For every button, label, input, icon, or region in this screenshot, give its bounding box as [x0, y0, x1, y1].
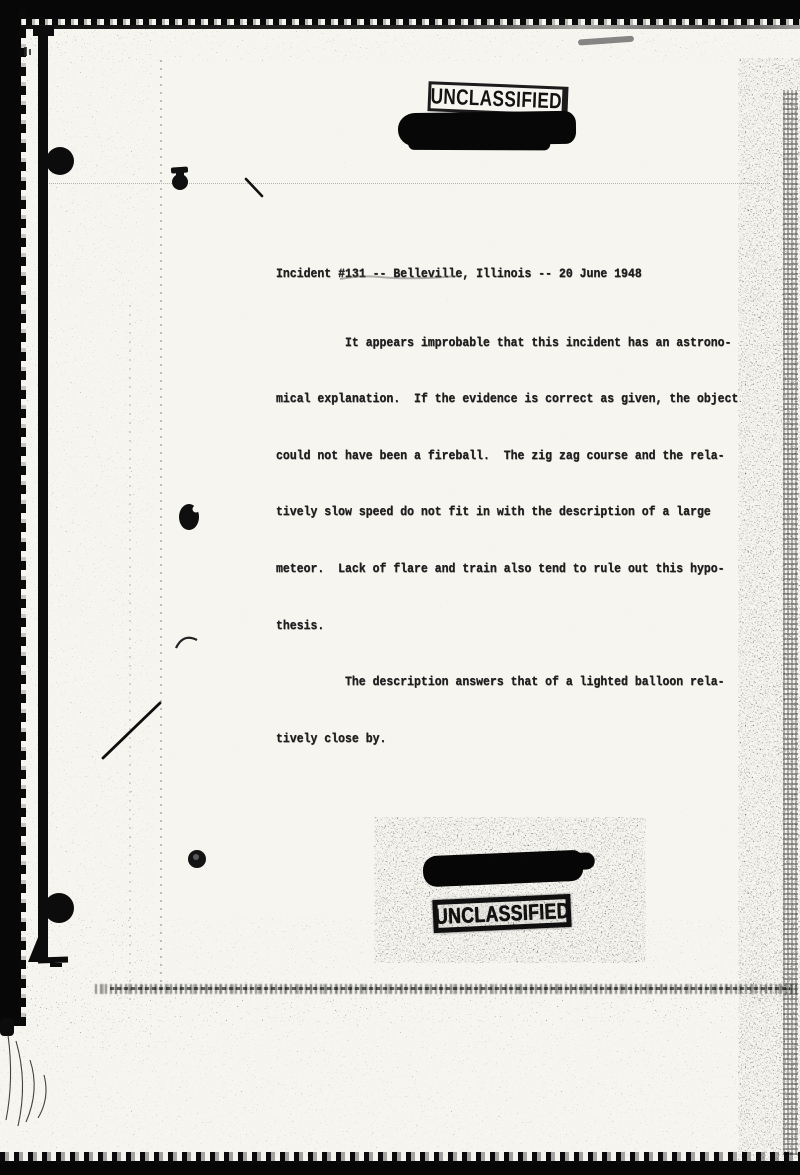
scan-edge-right-speckle: [783, 90, 798, 1155]
body-line: meteor. Lack of flare and train also ten…: [276, 555, 736, 584]
redaction-bar-bottom: [422, 850, 583, 888]
unclassified-stamp-top-text: UNCLASSIFIED: [430, 83, 562, 114]
corner-scratch-marks: [6, 1035, 46, 1126]
redaction-bar-top: [398, 111, 576, 146]
scan-edge-left-ragged: [19, 0, 26, 1026]
ink-dot-mark: [188, 850, 206, 868]
document-body: Incident #131 -- Belleville, Illinois --…: [276, 232, 776, 781]
pencil-hook-mark: [176, 638, 197, 648]
horizontal-rule-line: [14, 25, 800, 29]
body-line: could not have been a fireball. The zig …: [276, 442, 736, 471]
fold-crease-line-faint: [129, 300, 131, 1000]
scan-edge-left: [0, 0, 21, 1026]
body-line: It appears improbable that this incident…: [276, 329, 736, 358]
redaction-bar-top-blob: [408, 138, 550, 150]
unclassified-stamp-bottom-text: UNCLASSIFIED: [434, 897, 570, 929]
faint-dotted-line: [46, 183, 770, 184]
pen-line-mark: [103, 703, 160, 758]
body-line: mical explanation. If the evidence is co…: [276, 385, 736, 414]
fold-crease-line: [160, 55, 162, 990]
binding-wedge-mark: [28, 930, 44, 962]
fastener-pin-mark: [171, 166, 188, 190]
binding-bar-tick: [50, 963, 62, 967]
binding-bar: [38, 28, 48, 962]
redaction-bar-bottom-blob: [566, 852, 595, 870]
body-line: The description answers that of a lighte…: [276, 668, 736, 697]
ink-blob-mark: [179, 504, 200, 530]
scan-edge-bottom: [0, 1161, 800, 1175]
hole-punch-top: [46, 147, 74, 175]
hole-punch-bottom: [44, 893, 74, 923]
body-line: tively slow speed do not fit in with the…: [276, 498, 736, 527]
document-title: Incident #131 -- Belleville, Illinois --…: [276, 260, 736, 289]
body-line: tively close by.: [276, 725, 736, 754]
scanned-document-page: UNCLASSIFIED Incident #131 -- Belleville…: [0, 0, 800, 1175]
scan-streak-band-core: [110, 987, 790, 990]
scan-edge-bottom-ragged: [0, 1152, 800, 1163]
unclassified-stamp-bottom: UNCLASSIFIED: [432, 894, 571, 933]
binding-bar-crossbar: [38, 956, 68, 963]
top-streak-mark: [578, 36, 634, 46]
body-line: thesis.: [276, 612, 736, 641]
scan-edge-top-ragged: [0, 17, 800, 25]
pen-slash-mark: [246, 179, 262, 196]
